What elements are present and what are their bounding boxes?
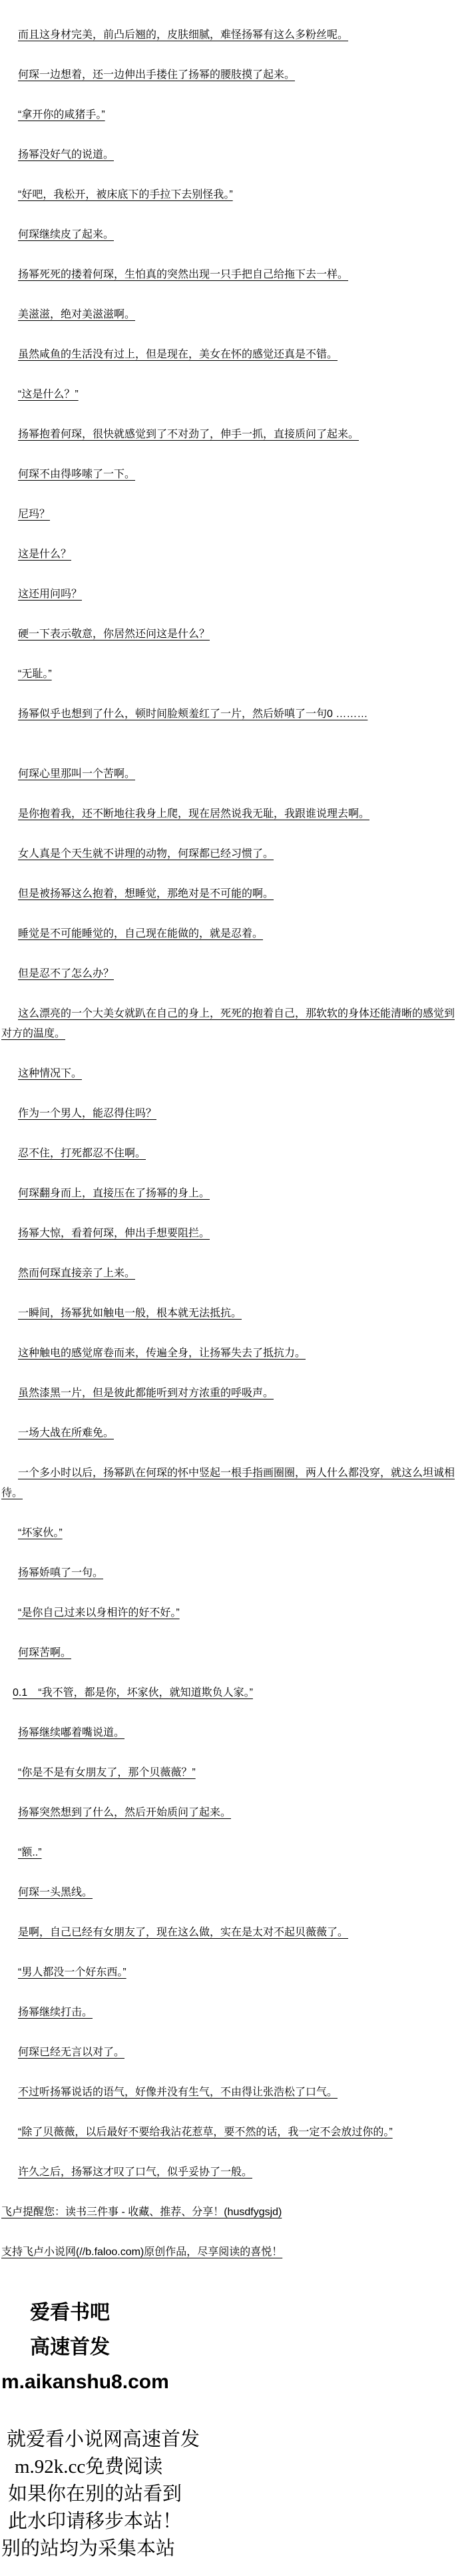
watermark-line: 就爱看小说网高速首发 [1,2426,463,2453]
novel-paragraph: “男人都没一个好东西。” [1,1963,463,1983]
novel-paragraph: 扬幂没好气的说道。 [1,145,463,165]
novel-paragraph: 扬幂抱着何琛，很快就感觉到了不对劲了，伸手一抓，直接质问了起来。 [1,425,463,445]
watermark-line: 此水印请移步本站！ [1,2508,463,2535]
novel-paragraph: 扬幂继续嘟着嘴说道。 [1,1723,463,1743]
novel-paragraph: 这种触电的感觉席卷而来，传遍全身，让扬幂失去了抵抗力。 [1,1344,463,1364]
novel-paragraph: 女人真是个天生就不讲理的动物，何琛都已经习惯了。 [1,844,463,864]
novel-paragraph: 扬幂似乎也想到了什么，顿时间脸颊羞红了一片，然后娇嗔了一句0 ……… [1,704,463,724]
novel-paragraph: 这是什么？ [1,545,463,565]
novel-paragraph: “除了贝薇薇，以后最好不要给我沾花惹草，要不然的话，我一定不会放过你的。” [1,2123,463,2143]
novel-paragraph: 虽然漆黑一片，但是彼此都能听到对方浓重的呼吸声。 [1,1384,463,1404]
novel-paragraph: 忍不住，打死都忍不住啊。 [1,1144,463,1164]
novel-paragraph: 但是忍不了怎么办？ [1,964,463,984]
novel-paragraph: 这种情况下。 [1,1064,463,1084]
novel-paragraph: 支持飞卢小说网(//b.faloo.com)原创作品，尽享阅读的喜悦！ [1,2242,463,2262]
watermark-line: 别的站均为采集本站 [1,2535,463,2563]
novel-paragraph: “好吧，我松开，被床底下的手拉下去别怪我。” [1,185,463,205]
novel-paragraph: “坏家伙。” [1,1523,463,1543]
novel-paragraph: “拿开你的咸猪手。” [1,105,463,125]
watermark-line: 如果你在别的站看到 [1,2481,463,2508]
novel-paragraph: “是你自己过来以身相许的好不好。” [1,1603,463,1623]
novel-paragraph: “你是不是有女朋友了，那个贝薇薇？” [1,1763,463,1783]
novel-paragraph: 扬幂突然想到了什么，然后开始质问了起来。 [1,1803,463,1823]
novel-paragraph: 作为一个男人，能忍得住吗？ [1,1104,463,1124]
novel-paragraph: 是啊，自己已经有女朋友了，现在这么做，实在是太对不起贝薇薇了。 [1,1923,463,1943]
novel-paragraph: 一瞬间，扬幂犹如触电一般，根本就无法抵抗。 [1,1304,463,1324]
novel-paragraph: 扬幂死死的搂着何琛，生怕真的突然出现一只手把自己给拖下去一样。 [1,265,463,285]
novel-paragraph: 是你抱着我，还不断地往我身上爬，现在居然说我无耻，我跟谁说理去啊。 [1,804,463,824]
novel-paragraph: 何琛翻身而上，直接压在了扬幂的身上。 [1,1184,463,1204]
watermark-block: 就爱看小说网高速首发 m.92k.cc免费阅读 如果你在别的站看到 此水印请移步… [1,2426,463,2563]
novel-paragraph: 何琛一边想着，还一边伸出手搂住了扬幂的腰肢摸了起来。 [1,65,463,85]
novel-paragraph: 不过听扬幂说话的语气，好像并没有生气，不由得让张浩松了口气。 [1,2083,463,2103]
novel-paragraph: “无耻。” [1,664,463,684]
novel-paragraph: 何琛苦啊。 [1,1643,463,1663]
novel-paragraph: 何琛不由得哆嗦了一下。 [1,465,463,485]
watermark-site-url: m.92k.cc免费阅读 [1,2453,463,2481]
novel-paragraph: 而且这身材完美，前凸后翘的，皮肤细腻，难怪扬幂有这么多粉丝呢。 [1,25,463,45]
promo-site-name: 爱看书吧 [1,2296,463,2330]
novel-paragraph: 何琛已经无言以对了。 [1,2043,463,2063]
novel-paragraph: 尼玛？ [1,505,463,525]
novel-paragraph: 但是被扬幂这么抱着，想睡觉，那绝对是不可能的啊。 [1,884,463,904]
novel-paragraph: 这么漂亮的一个大美女就趴在自己的身上，死死的抱着自己，那软软的身体还能清晰的感觉… [1,1004,463,1044]
novel-paragraph: 睡觉是不可能睡觉的，自己现在能做的，就是忍着。 [1,924,463,944]
novel-paragraphs: 而且这身材完美，前凸后翘的，皮肤细腻，难怪扬幂有这么多粉丝呢。何琛一边想着，还一… [1,25,463,2262]
promo-block: 爱看书吧 高速首发 m.aikanshu8.com [1,2296,463,2400]
novel-paragraph: 硬一下表示敬意，你居然还问这是什么？ [1,625,463,644]
novel-paragraph: 0.1 “我不管，都是你，坏家伙，就知道欺负人家。” [1,1683,463,1703]
promo-site-url: m.aikanshu8.com [1,2365,463,2400]
novel-paragraph: 何琛继续皮了起来。 [1,225,463,245]
novel-paragraph: 这还用问吗？ [1,585,463,605]
novel-reader-page: 而且这身材完美，前凸后翘的，皮肤细腻，难怪扬幂有这么多粉丝呢。何琛一边想着，还一… [0,0,466,2576]
novel-paragraph: 扬幂大惊，看着何琛，伸出手想要阻拦。 [1,1224,463,1244]
promo-tagline: 高速首发 [1,2330,463,2365]
novel-paragraph: 飞卢提醒您：读书三件事 - 收藏、推荐、分享！(husdfygsjd) [1,2202,463,2222]
novel-paragraph: 虽然咸鱼的生活没有过上，但是现在，美女在怀的感觉还真是不错。 [1,345,463,365]
novel-paragraph: 扬幂娇嗔了一句。 [1,1563,463,1583]
novel-paragraph: 许久之后，扬幂这才叹了口气，似乎妥协了一般。 [1,2163,463,2183]
novel-paragraph: “额..” [1,1843,463,1863]
novel-paragraph: “这是什么？” [1,385,463,405]
novel-paragraph: 然而何琛直接亲了上来。 [1,1264,463,1284]
novel-paragraph: 一个多小时以后，扬幂趴在何琛的怀中竖起一根手指画圈圈，两人什么都没穿，就这么坦诚… [1,1463,463,1503]
novel-paragraph: 美滋滋，绝对美滋滋啊。 [1,305,463,325]
novel-paragraph: 何琛心里那叫一个苦啊。 [1,764,463,784]
novel-paragraph: 何琛一头黑线。 [1,1883,463,1903]
novel-paragraph: 扬幂继续打击。 [1,2003,463,2023]
novel-paragraph: 一场大战在所难免。 [1,1423,463,1443]
